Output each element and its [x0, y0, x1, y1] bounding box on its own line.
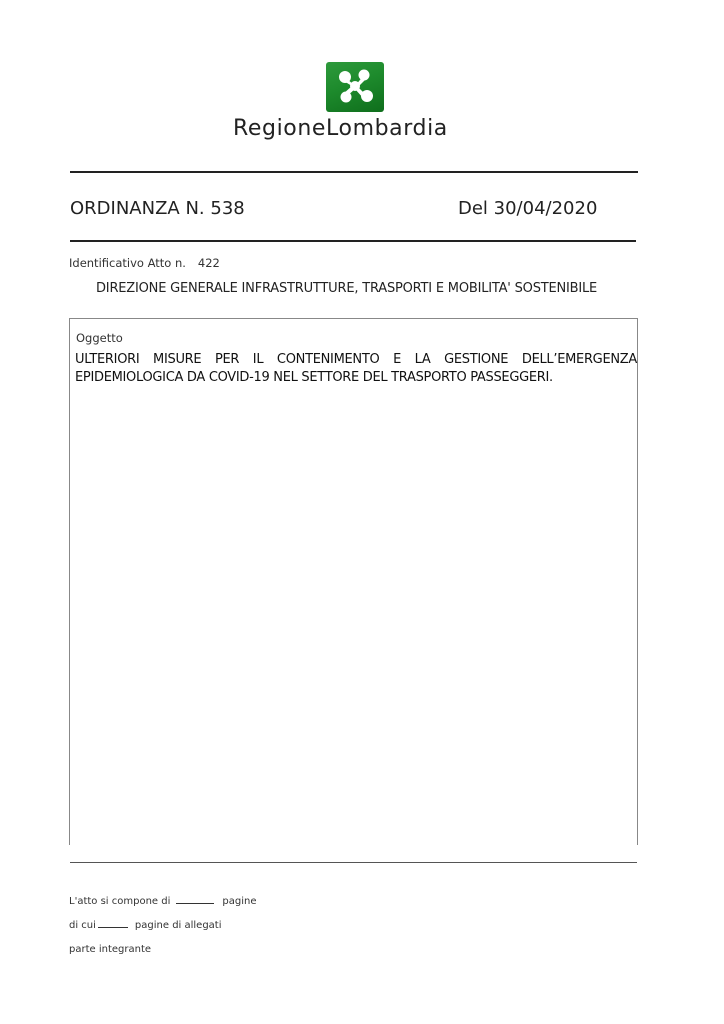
divider-top: [70, 171, 638, 173]
oggetto-box: Oggetto ULTERIORI MISURE PER IL CONTENIM…: [69, 318, 638, 845]
footer-attachments-prefix: di cui: [69, 920, 96, 931]
direzione-generale: DIREZIONE GENERALE INFRASTRUTTURE, TRASP…: [96, 281, 597, 296]
footer-integral-part: parte integrante: [69, 944, 151, 955]
oggetto-line-2: EPIDEMIOLOGICA DA COVID-19 NEL SETTORE D…: [75, 370, 553, 385]
oggetto-line-1: ULTERIORI MISURE PER IL CONTENIMENTO E L…: [75, 351, 637, 369]
ordinanza-number: ORDINANZA N. 538: [70, 198, 245, 219]
footer-pages-prefix: L'atto si compone di: [69, 896, 170, 907]
footer-attachments-count: di cuipagine di allegati: [69, 919, 222, 931]
brand-name: RegioneLombardia: [233, 116, 493, 141]
identificativo-atto: Identificativo Atto n.422: [69, 256, 220, 270]
identificativo-label: Identificativo Atto n.: [69, 256, 186, 270]
ordinanza-date: Del 30/04/2020: [458, 198, 597, 219]
oggetto-text: ULTERIORI MISURE PER IL CONTENIMENTO E L…: [75, 351, 637, 387]
footer-pages-suffix: pagine: [222, 896, 256, 907]
divider-middle: [70, 240, 636, 242]
footer-attachments-suffix: pagine di allegati: [135, 920, 222, 931]
footer-pages-count: L'atto si compone dipagine: [69, 895, 256, 907]
rosa-camuna-icon: [326, 62, 384, 112]
oggetto-label: Oggetto: [76, 331, 123, 345]
pages-blank-field: [176, 895, 214, 904]
divider-bottom: [70, 862, 637, 863]
regione-lombardia-logo-icon: [326, 62, 384, 112]
attachments-blank-field: [98, 919, 128, 928]
identificativo-number: 422: [198, 256, 220, 270]
